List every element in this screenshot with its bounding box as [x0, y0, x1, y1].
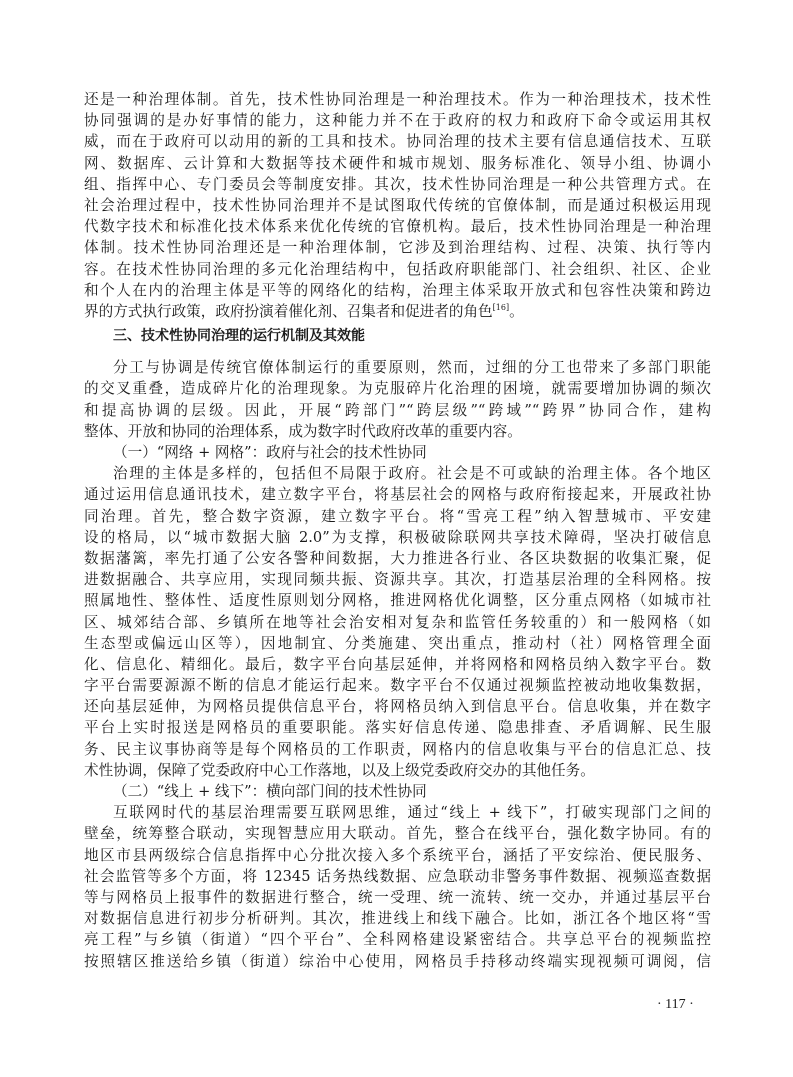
text-line: 还是一种治理体制。首先，技术性协同治理是一种治理技术。作为一种治理技术，技术性: [84, 89, 711, 110]
text-span: 。: [509, 303, 524, 320]
text-line: 数据藩篱，率先打通了公安各警种间数据，大力推进各行业、各区块数据的收集汇聚，促: [84, 548, 711, 569]
text-line: 按照辖区推送给乡镇（街道）综治中心使用，网格员手持移动终端实现视频可调阅，信: [84, 951, 711, 972]
text-line: 术性协调，保障了党委政府中心工作落地，以及上级党委政府交办的其他任务。: [84, 760, 711, 781]
text-line: 协同强调的是办好事情的能力，这种能力并不在于政府的权力和政府下命令或运用其权: [84, 110, 711, 131]
text-line: 还向基层延伸，为网格员提供信息平台，将网格员纳入到信息平台。信息收集，并在数字: [84, 696, 711, 717]
text-line: 等与网格员上报事件的数据进行整合，统一受理、统一流转、统一交办，并通过基层平台: [84, 887, 711, 908]
text-line: 字平台需要源源不断的信息才能运行起来。数字平台不仅通过视频监控被动地收集数据，: [84, 675, 711, 696]
text-line: 整体、开放和协同的治理体系，成为数字时代政府改革的重要内容。: [84, 421, 711, 442]
text-line: 社会治理过程中，技术性协同治理并不是试图取代传统的官僚体制，而是通过积极运用现: [84, 195, 711, 216]
text-line: 亮工程”与乡镇（街道）“四个平台”、全科网格建设紧密结合。共享总平台的视频监控: [84, 929, 711, 950]
text-line: 进数据融合、共享应用，实现同频共振、资源共享。其次，打造基层治理的全科网格。按: [84, 569, 711, 590]
page-number: · 117 ·: [657, 997, 694, 1013]
text-line: 化、信息化、精细化。最后，数字平台向基层延伸，并将网格和网格员纳入数字平台。数: [84, 654, 711, 675]
text-line: 代数字技术和标准化技术体系来优化传统的官僚机构。最后，技术性协同治理是一种治理: [84, 216, 711, 237]
text-line: 的交叉重叠，造成碎片化的治理现象。为克服碎片化治理的困境，就需要增加协调的频次: [84, 378, 711, 399]
text-line: 照属地性、整体性、适度性原则划分网格，推进网格优化调整，区分重点网格（如城市社: [84, 590, 711, 611]
text-line: 界的方式执行政策，政府扮演着催化剂、召集者和促进者的角色[16]。: [84, 301, 711, 322]
paragraph-online-offline: 互联网时代的基层治理需要互联网思维，通过“线上 + 线下”，打破实现部门之间的 …: [84, 802, 711, 972]
text-line: 平台上实时报送是网格员的重要职能。落实好信息传递、隐患排查、矛盾调解、民生服: [84, 717, 711, 738]
citation-ref: [16]: [493, 303, 509, 312]
paper-page-body: 还是一种治理体制。首先，技术性协同治理是一种治理技术。作为一种治理技术，技术性 …: [84, 89, 711, 972]
text-line: 务、民主议事协商等是每个网格员的工作职责，网格内的信息收集与平台的信息汇总、技: [84, 739, 711, 760]
text-line: 社会监管等多个方面，将 12345 话务热线数据、应急联动非警务事件数据、视频巡…: [84, 866, 711, 887]
text-line: 体制。技术性协同治理还是一种治理体制，它涉及到治理结构、过程、决策、执行等内: [84, 237, 711, 258]
text-line: 通过运用信息通讯技术，建立数字平台，将基层社会的网格与政府衔接起来，开展政社协: [84, 484, 711, 505]
text-line: 生态型或偏远山区等），因地制宜、分类施建、突出重点，推动村（社）网格管理全面: [84, 633, 711, 654]
text-line: 组、指挥中心、专门委员会等制度安排。其次，技术性协同治理是一种公共管理方式。在: [84, 174, 711, 195]
text-line: 地区市县两级综合信息指挥中心分批次接入多个系统平台，涵括了平安综治、便民服务、: [84, 845, 711, 866]
paragraph-division-coordination: 分工与协调是传统官僚体制运行的重要原则，然而，过细的分工也带来了多部门职能 的交…: [84, 357, 711, 442]
text-line: 威，而在于政府可以动用的新的工具和技术。协同治理的技术主要有信息通信技术、互联: [84, 131, 711, 152]
text-line: 和提高协调的层级。因此，开展“跨部门”“跨层级”“跨域”“跨界”协同合作，建构: [84, 400, 711, 421]
text-line: 设的格局，以“城市数据大脑 2.0”为支撑，积极破除联网共享技术障碍，坚决打破信…: [84, 527, 711, 548]
paragraph-network-grid: 治理的主体是多样的，包括但不局限于政府。社会是不可或缺的治理主体。各个地区 通过…: [84, 463, 711, 781]
text-line: 同治理。首先，整合数字资源，建立数字平台。将“雪亮工程”纳入智慧城市、平安建: [84, 506, 711, 527]
text-line: 分工与协调是传统官僚体制运行的重要原则，然而，过细的分工也带来了多部门职能: [84, 357, 711, 378]
text-line: 对数据信息进行初步分析研判。其次，推进线上和线下融合。比如，浙江各个地区将“雪: [84, 908, 711, 929]
section-heading: 三、技术性协同治理的运行机制及其效能: [84, 326, 711, 347]
text-span: 界的方式执行政策，政府扮演着催化剂、召集者和促进者的角色: [84, 303, 493, 320]
paragraph-governance-system: 还是一种治理体制。首先，技术性协同治理是一种治理技术。作为一种治理技术，技术性 …: [84, 89, 711, 322]
text-line: 容。在技术性协同治理的多元化治理结构中，包括政府职能部门、社会组织、社区、企业: [84, 259, 711, 280]
subsection-heading: （二）“线上 + 线下”：横向部门间的技术性协同: [84, 781, 711, 802]
text-line: 壁垒，统筹整合联动，实现智慧应用大联动。首先，整合在线平台，强化数字协同。有的: [84, 823, 711, 844]
text-line: 治理的主体是多样的，包括但不局限于政府。社会是不可或缺的治理主体。各个地区: [84, 463, 711, 484]
text-line: 区、城郊结合部、乡镇所在地等社会治安相对复杂和监管任务较重的）和一般网格（如: [84, 612, 711, 633]
text-line: 网、数据库、云计算和大数据等技术硬件和城市规划、服务标准化、领导小组、协调小: [84, 153, 711, 174]
text-line: 和个人在内的治理主体是平等的网络化的结构，治理主体采取开放式和包容性决策和跨边: [84, 280, 711, 301]
subsection-heading: （一）“网络 + 网格”：政府与社会的技术性协同: [84, 442, 711, 463]
text-line: 互联网时代的基层治理需要互联网思维，通过“线上 + 线下”，打破实现部门之间的: [84, 802, 711, 823]
